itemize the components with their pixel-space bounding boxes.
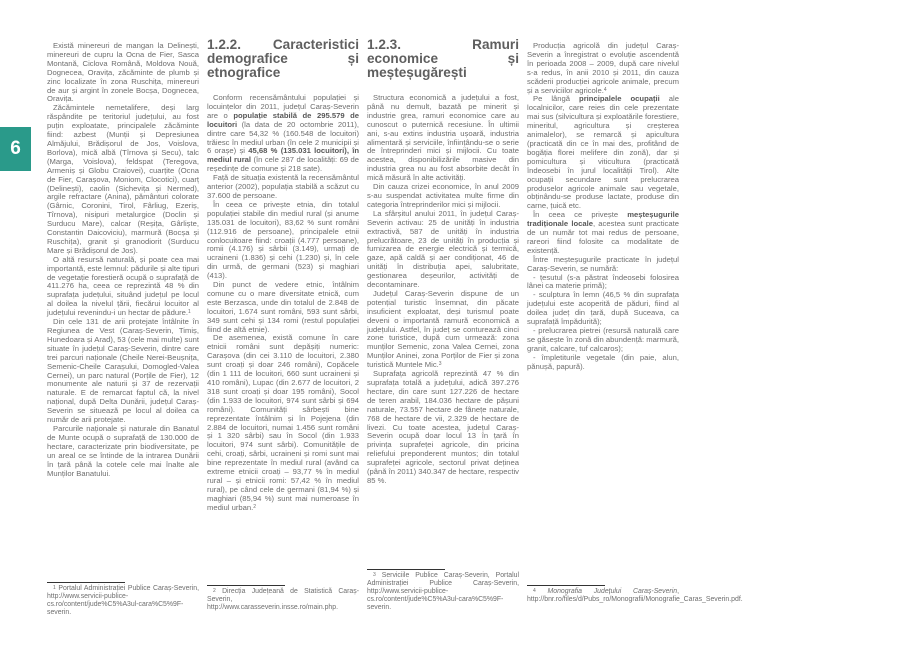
- paragraph: Din cele 131 de arii protejate întâlnite…: [47, 318, 199, 425]
- paragraph: De asemenea, există comune în care etnic…: [207, 334, 359, 512]
- section-heading: 1.2.3. Ramuri economice și meșteșugăreșt…: [367, 38, 519, 80]
- footnote-2: 2 Direcția Județeană de Statistică Caraș…: [207, 585, 359, 612]
- paragraph: Județul Caraș-Severin dispune de un pote…: [367, 290, 519, 370]
- paragraph: Structura economică a județului a fost, …: [367, 94, 519, 183]
- list-item: - împletiturile vegetale (din paie, alun…: [527, 354, 679, 372]
- footnote-ref[interactable]: 2: [253, 504, 256, 510]
- list-item: - țesutul (s-a păstrat îndeosebi folosir…: [527, 274, 679, 292]
- paragraph: Între meșteșugurile practicate în județu…: [527, 256, 679, 274]
- paragraph: Din cauza crizei economice, în anul 2009…: [367, 183, 519, 210]
- list-item: - sculptura în lemn (46,5 % din suprafaț…: [527, 291, 679, 327]
- paragraph: În ceea ce privește etnia, din totalul p…: [207, 201, 359, 281]
- paragraph: Parcurile naționale și naturale din Bana…: [47, 425, 199, 478]
- page-number-tab: 6: [0, 127, 31, 171]
- footnote-divider: [367, 569, 445, 570]
- paragraph: Producția agricolă din județul Caraș-Sev…: [527, 42, 679, 95]
- paragraph: Zăcămintele nemetalifere, deși larg răsp…: [47, 104, 199, 255]
- section-heading: 1.2.2. Caracteristici demografice și etn…: [207, 38, 359, 80]
- footnote-4: 4 Monografia Județului Caraș-Severin, ht…: [527, 585, 679, 604]
- footnote-divider: [527, 585, 605, 586]
- paragraph: Suprafața agricolă reprezintă 47 % din s…: [367, 370, 519, 486]
- paragraph: La sfârșitul anului 2011, în județul Car…: [367, 210, 519, 290]
- column-2: 1.2.2. Caracteristici demografice și etn…: [207, 10, 359, 513]
- footnote-ref[interactable]: 3: [439, 361, 442, 367]
- column-1: Există minereuri de mangan la Delinești,…: [47, 42, 199, 478]
- footnote-3: 3 Serviciile Publice Caraș-Severin, Port…: [367, 569, 519, 612]
- paragraph: În ceea ce privește meșteșugurile tradiț…: [527, 211, 679, 256]
- paragraph: Există minereuri de mangan la Delinești,…: [47, 42, 199, 104]
- footnote-ref[interactable]: 4: [604, 87, 607, 93]
- footnote-divider: [207, 585, 285, 586]
- list-item: - prelucrarea pietrei (resursă naturală …: [527, 327, 679, 354]
- column-4: Producția agricolă din județul Caraș-Sev…: [527, 42, 679, 372]
- column-3: 1.2.3. Ramuri economice și meșteșugăreșt…: [367, 10, 519, 486]
- paragraph: Din punct de vedere etnic, întâlnim comu…: [207, 281, 359, 334]
- paragraph: O altă resursă naturală, și poate cea ma…: [47, 256, 199, 318]
- footnote-ref[interactable]: 1: [188, 309, 191, 315]
- footnote-divider: [47, 582, 125, 583]
- paragraph: Pe lângă principalele ocupații ale local…: [527, 95, 679, 211]
- page-number: 6: [10, 138, 21, 160]
- footnote-1: 1 Portalul Administrației Publice Caraș-…: [47, 582, 199, 617]
- paragraph: Față de situația existentă la recensămân…: [207, 174, 359, 201]
- paragraph: Conform recensământului populației și lo…: [207, 94, 359, 174]
